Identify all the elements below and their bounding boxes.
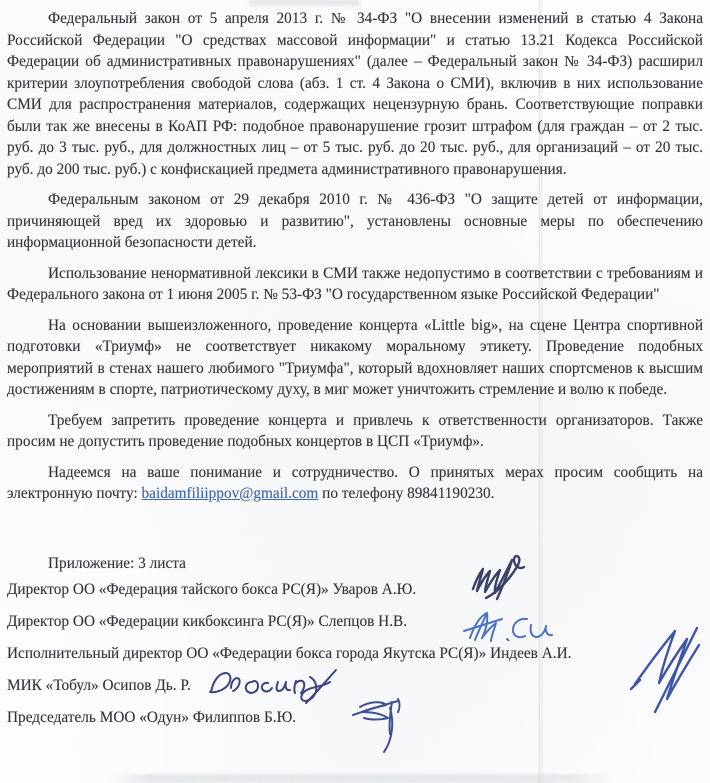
signatory-line-indeev: Исполнительный директор ОО «Федерации бо…	[7, 643, 703, 665]
scanned-letter-page: Федеральный закон от 5 апреля 2013 г. № …	[0, 0, 710, 783]
demand-paragraph: Требуем запретить проведение концерта и …	[7, 410, 703, 453]
attachment-note: Приложение: 3 листа	[7, 553, 703, 575]
law-34fz-paragraph: Федеральный закон от 5 апреля 2013 г. № …	[7, 8, 703, 180]
law-436fz-paragraph: Федеральным законом от 29 декабря 2010 г…	[7, 189, 703, 254]
signatory-line-osipov: МИК «Тобул» Осипов Дь. Р.	[7, 675, 703, 697]
profanity-law-paragraph: Использование ненормативной лексики в СМ…	[7, 263, 703, 306]
closing-block: Приложение: 3 листа Директор ОО «Федерац…	[7, 553, 703, 739]
concert-objection-paragraph: На основании вышеизложенного, проведение…	[7, 315, 703, 401]
contact-text-after: по телефону 89841190230.	[318, 485, 494, 502]
signatory-line-filippov: Председатель МОО «Одун» Филиппов Б.Ю.	[7, 707, 703, 729]
contact-paragraph: Надеемся на ваше понимание и сотрудничес…	[7, 462, 703, 505]
scan-artifact-bottom-shade	[108, 774, 613, 783]
email-link[interactable]: baidamfiliippov@gmail.com	[142, 485, 319, 502]
signatory-line-uvarov: Директор ОО «Федерация тайского бокса РС…	[7, 579, 703, 601]
signatory-line-slepcov: Директор ОО «Федерации кикбоксинга РС(Я)…	[7, 611, 703, 633]
letter-body: Федеральный закон от 5 апреля 2013 г. № …	[0, 0, 710, 514]
